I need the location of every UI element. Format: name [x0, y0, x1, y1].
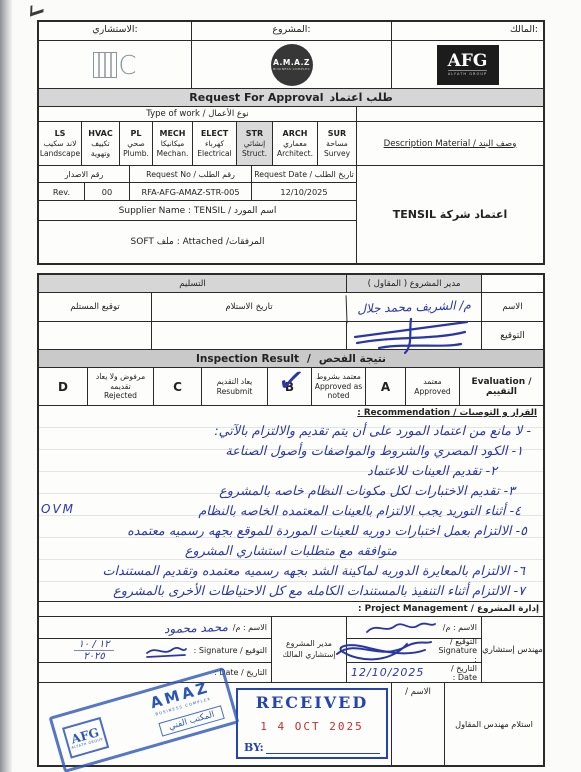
signature-label: التوقيع	[481, 322, 543, 349]
stamp-afg-logo: AFG ALFATH GROUP	[62, 717, 109, 759]
grade-c-cell: C	[153, 368, 201, 405]
amaz-logo-subtext: BUSINESS COMPLEX	[273, 67, 310, 71]
grade-a-cell: A	[365, 368, 405, 405]
worktype-str-selected: STR إنشائي Struct.	[236, 122, 272, 165]
receiver-signature-label: توقيع المستلم	[39, 293, 151, 321]
pm-contractor-header: مدير المشروع ( المقاول )	[346, 275, 481, 292]
signature-scribble	[363, 619, 438, 637]
received-stamp: RECEIVED 1 4 OCT 2025 BY:	[236, 688, 388, 759]
recommendation-line: ٦- الالتزام بالمعايرة الدوريه لماكينة ال…	[45, 562, 537, 582]
pm-right-name-row: الاسم : م/	[347, 617, 481, 638]
recommendation-line: ١- الكود المصري والشروط والمواصفات وأصول…	[45, 442, 537, 462]
project-management-label: إدارة المشروع / Project Management :	[39, 601, 543, 616]
name-label: الاسم	[481, 293, 543, 321]
grade-b-desc: معتمد بشروط Approved as noted	[311, 368, 365, 405]
bottom-name-label: الاسم /	[391, 683, 444, 765]
description-material-value: اعتماد شركة TENSIL	[357, 166, 543, 263]
consultant-engineer-fields: الاسم : م/ التوقيع / Signature :	[346, 617, 481, 682]
grade-b-cell: B ✓	[267, 368, 311, 405]
afg-logo: AFG ALFATH GROUP	[391, 41, 543, 88]
owner-label: المالك:	[391, 22, 543, 40]
rev-label: Rev.	[39, 183, 84, 200]
request-date-value: 12/10/2025	[251, 183, 356, 200]
receiver-signature-cell	[39, 322, 151, 349]
pm-right-date-row: التاريخ / Date : 12/10/2025	[347, 662, 481, 682]
grade-d-cell: D	[39, 368, 87, 405]
received-stamp-by: BY:	[244, 741, 380, 754]
pm-right-date-handwritten: 12/10/2025	[351, 666, 424, 679]
pm-left-name-handwritten: محمد محمود	[164, 620, 228, 636]
pm-left-name-row: الاسم : م/ محمد محمود	[39, 617, 271, 638]
type-of-work-header: Type of work / نوع الأعمال	[39, 107, 356, 122]
pm-right-signature-row: التوقيع / Signature :	[347, 638, 481, 662]
pm-left-date-row: التاريخ / Date :	[39, 662, 271, 682]
scan-edge-shadow	[0, 0, 12, 772]
project-label: المشروع:	[191, 22, 391, 40]
worktype-arch: ARCH معماري Architect.	[272, 122, 317, 165]
form-title-en: Request For Approval	[189, 91, 323, 104]
approval-form: الاستشاري: المشروع: المالك: C A.M.A.Z BU…	[37, 20, 545, 767]
amaz-logo: A.M.A.Z BUSINESS COMPLEX	[191, 41, 391, 88]
recommendation-line: ٧- الالتزام أثناء التنفيذ بالمستندات الك…	[45, 582, 537, 602]
owner-consultant-fields: الاسم : م/ محمد محمود التوقيع / Signatur…	[39, 617, 271, 682]
afg-logo-subtext: ALFATH GROUP	[448, 70, 487, 76]
inspection-result-ar: نتيجة الفحص	[319, 353, 386, 365]
form-title-ar: طلب اعتماد	[329, 91, 392, 104]
receive-date-cell	[151, 322, 346, 349]
ovm-side-note: OVM	[41, 502, 75, 516]
form-header-section: الاستشاري: المشروع: المالك: C A.M.A.Z BU…	[37, 20, 545, 265]
delivery-title: التسليم	[39, 275, 346, 292]
worktype-sur: SUR مساحة Survey	[317, 122, 356, 165]
rev-value: 00	[84, 183, 129, 200]
pm-left-date-handwritten: ١٢ / ١٠ ٢٠٢٥	[74, 639, 113, 663]
checkmark-icon: ✓	[275, 362, 308, 400]
request-no-header: Request No / رقم الطلب	[129, 166, 251, 182]
received-stamp-word: RECEIVED	[244, 693, 380, 712]
worktype-elect: ELECT كهرباء Electrical	[192, 122, 236, 165]
worktype-pl: PL صحي Plumb.	[119, 122, 152, 165]
receive-date-label: تاريخ الاستلام	[151, 293, 346, 321]
recommendation-line: ٥- الالتزام بعمل اختبارات دوريه للعينات …	[45, 522, 537, 542]
recommendation-line: ٤- أثناء التوريد يجب الالتزام بالعينات ا…	[45, 502, 537, 522]
receipt-stamp-area: RECEIVED 1 4 OCT 2025 BY: AFG ALFATH GRO…	[39, 683, 391, 765]
signature-scribble	[143, 643, 189, 659]
contractor-pm-signature	[346, 322, 481, 349]
description-empty-strip	[357, 107, 543, 122]
by-underline	[266, 744, 380, 754]
form-body-section: التسليم مدير المشروع ( المقاول ) توقيع ا…	[37, 273, 545, 767]
consultant-label: الاستشاري:	[39, 22, 191, 40]
recommendation-line: - لا مانع من اعتماد المورد على أن يتم تق…	[45, 422, 537, 442]
request-no-value: RFA-AFG-AMAZ-STR-005	[129, 183, 251, 200]
afg-logo-text: AFG	[448, 53, 488, 70]
form-title: Request For Approval طلب اعتماد	[39, 88, 543, 106]
supplier-name-line: Supplier Name : TENSIL / اسم المورد	[39, 201, 356, 221]
consultant-logo-letter: C	[118, 54, 136, 78]
grade-d-desc: مرفوض ولا يعاد تقديمه Rejected	[87, 368, 153, 405]
scan-artifact	[30, 2, 44, 17]
afg-company-stamp: AFG ALFATH GROUP AMAZ BUSINESS COMPLEX ا…	[49, 667, 240, 772]
received-stamp-date: 1 4 OCT 2025	[244, 720, 380, 733]
consultant-engineer-role: مهندس إستشاري	[481, 617, 543, 682]
pm-left-signature-row: التوقيع / Signature : ١٢ / ١٠ ٢٠٢٥	[39, 638, 271, 662]
amaz-logo-text: A.M.A.Z	[273, 58, 310, 67]
recommendation-line: متوافقه مع متطلبات استشاري المشروع	[45, 542, 537, 562]
consultant-logo: C	[39, 41, 191, 88]
contractor-engineer-receipt-label: استلام مهندس المقاول	[444, 683, 543, 765]
worktype-mech: MECH ميكانيكا Mechan.	[152, 122, 192, 165]
attachments-line: المرفقات/ Attached : ملف SOFT	[39, 221, 356, 263]
worktype-hvac: HVAC تكييف وتهوية	[81, 122, 119, 165]
recommendation-section: القرار و التوصيات / Recommendation : - ل…	[39, 405, 543, 601]
consultant-logo-mark	[93, 52, 117, 78]
request-date-header: Request Date / تاريخ الطلب	[251, 166, 356, 182]
worktype-ls: LS لاند سكيب Landscape	[39, 122, 81, 165]
recommendation-label: القرار و التوصيات / Recommendation :	[45, 408, 537, 422]
evaluation-label: Evaluation / التقييم	[459, 368, 543, 405]
grade-a-desc: معتمد Approved	[405, 368, 459, 405]
rev-header: رقم الاصدار	[39, 166, 129, 182]
recommendation-line: ٢- تقديم العينات للاعتماد	[45, 462, 537, 482]
grade-c-desc: يعاد التقديم Resubmit	[201, 368, 267, 405]
signature-scribble	[329, 638, 433, 664]
recommendation-line: ٣- تقديم الاختبارات لكل مكونات النظام خا…	[45, 482, 537, 502]
delivery-empty-cell	[481, 275, 543, 292]
description-material-header: Description Material / وصف البند	[357, 122, 543, 166]
